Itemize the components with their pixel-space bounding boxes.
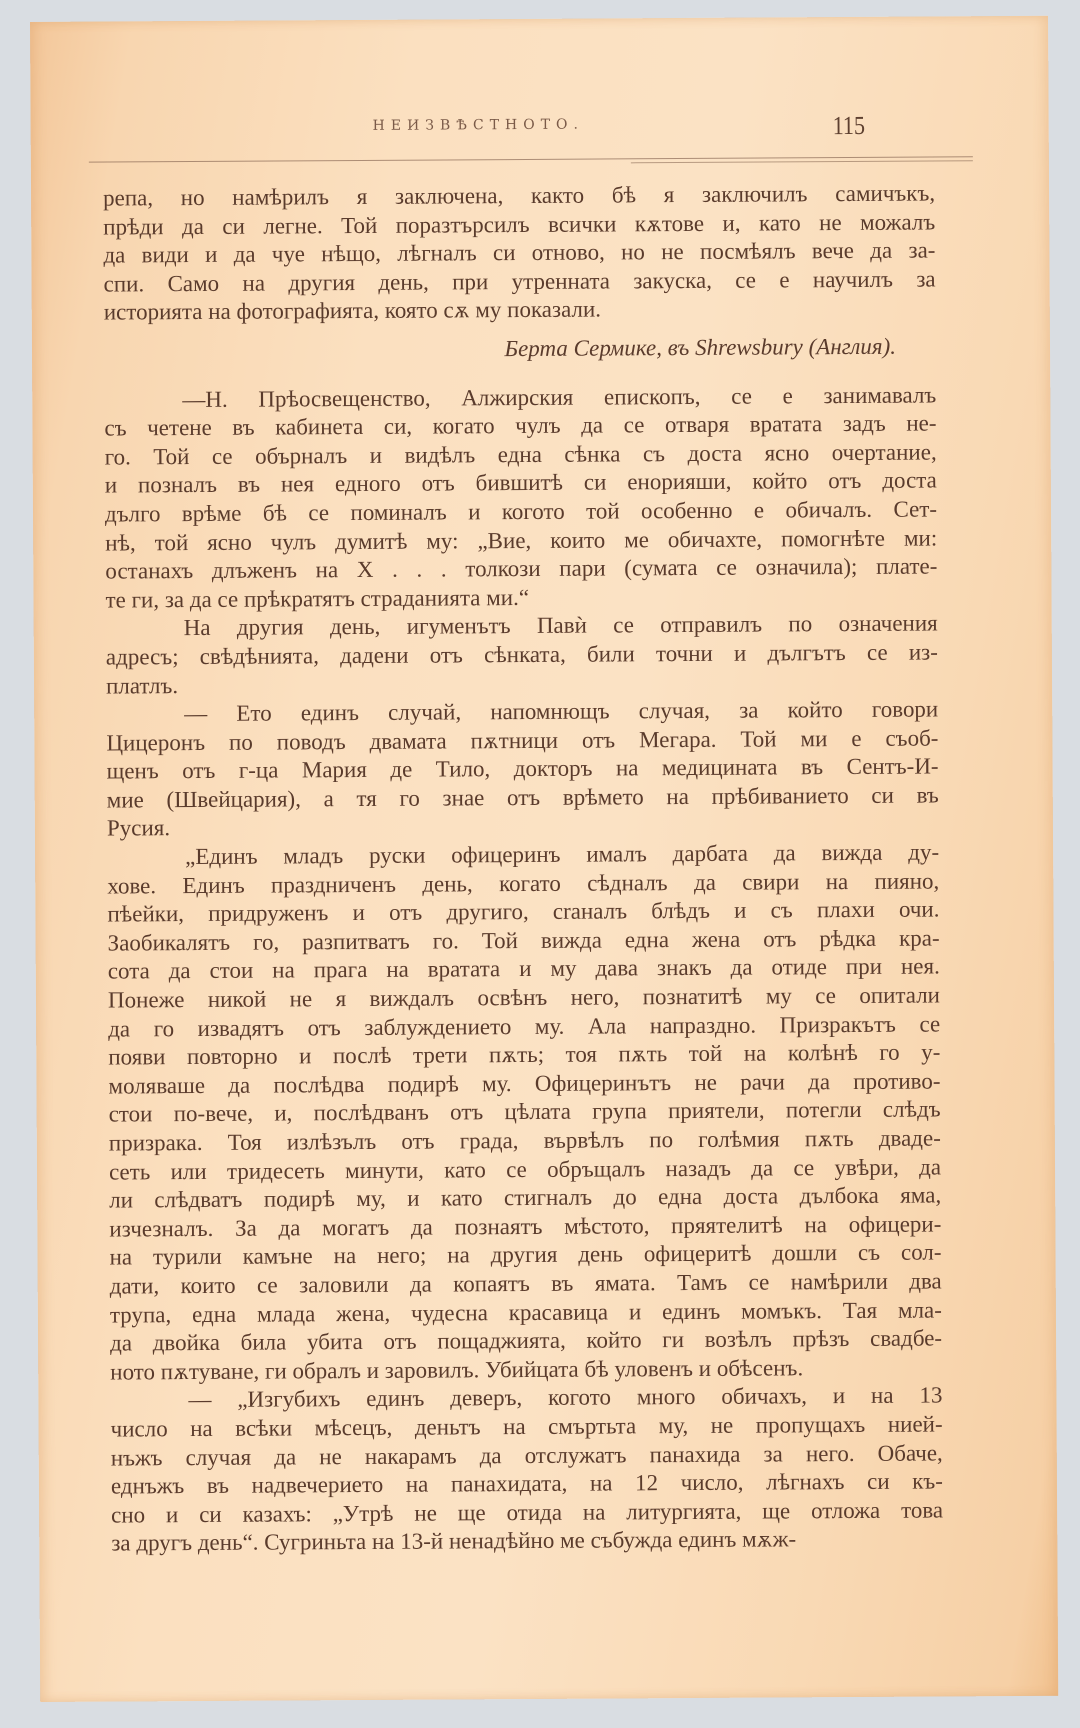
text-line: историята на фотографията, която сѫ му п…	[104, 294, 936, 328]
text-line: мие (Швейцария), а тя го знае отъ врѣмет…	[107, 781, 939, 815]
text-line: число на всѣки мѣсецъ, деньтъ на смъртьт…	[111, 1410, 943, 1444]
book-page: НЕИЗВѢСТНОТО. 115 репа, но намѣрилъ я за…	[30, 16, 1058, 1702]
text-line: сно и си казахъ: „Утрѣ не ще отида на ли…	[111, 1496, 943, 1530]
running-title: НЕИЗВѢСТНОТО.	[373, 117, 584, 134]
text-line: репа, но намѣрилъ я заключена, както бѣ …	[103, 179, 935, 213]
page-number: 115	[833, 111, 866, 141]
text-line: спи. Само на другия день, при утренната …	[104, 265, 936, 299]
signature-line: Берта Сермике, въ Shrewsbury (Англия).	[104, 332, 936, 366]
text-line: адресъ; свѣдѣнията, дадени отъ сѣнката, …	[106, 638, 938, 672]
paragraph: — Ето единъ случай, напомнющъ случая, за…	[106, 696, 939, 844]
text-line: за другъ день“. Сугриньта на 13-й ненадѣ…	[111, 1525, 943, 1559]
paragraph: — „Изгубихъ единъ деверъ, когото много о…	[110, 1382, 943, 1559]
body-text: репа, но намѣрилъ я заключена, както бѣ …	[103, 179, 943, 1558]
paragraph: „Единъ младъ руски офицеринъ ималъ дарба…	[107, 839, 942, 1387]
paragraph: репа, но намѣрилъ я заключена, както бѣ …	[103, 179, 936, 327]
text-line: еднъжъ въ надвечерието на панахидата, на…	[111, 1468, 943, 1502]
text-line: Понеже никой не я виждалъ освѣнъ него, п…	[108, 981, 940, 1015]
text-line: дълго врѣме бѣ се поминалъ и когото той …	[105, 495, 937, 529]
text-line: „Единъ младъ руски офицеринъ ималъ дарба…	[107, 839, 939, 873]
text-line: — Ето единъ случай, напомнющъ случая, за…	[106, 696, 938, 730]
paragraph: На другия день, игуменътъ Павѝ се отправ…	[106, 610, 939, 701]
text-line: дати, които се заловили да копаятъ въ ям…	[110, 1267, 942, 1301]
header-rule-double	[631, 160, 973, 163]
paragraph: —Н. Прѣосвещенство, Алжирския епископъ, …	[104, 381, 937, 615]
text-line: да двойка била убита отъ пощаджията, кой…	[110, 1325, 942, 1359]
running-header: НЕИЗВѢСТНОТО. 115	[91, 112, 971, 157]
text-line: призрака. Тоя излѣзълъ отъ града, вървѣл…	[109, 1124, 941, 1158]
text-line: останахъ длъженъ на X . . . толкози пари…	[105, 553, 937, 587]
